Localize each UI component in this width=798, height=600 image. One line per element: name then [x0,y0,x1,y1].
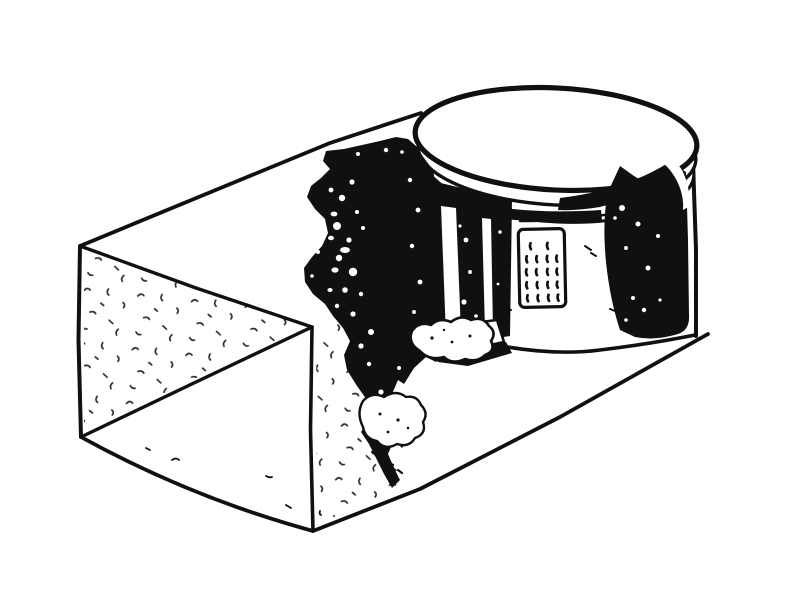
perforated-panel [518,229,566,308]
illustration [0,0,798,600]
illustration-canvas [0,0,798,600]
rubble-rock-2 [360,393,426,447]
rubble-rock-1 [411,317,494,361]
right-shading-band [604,164,689,339]
